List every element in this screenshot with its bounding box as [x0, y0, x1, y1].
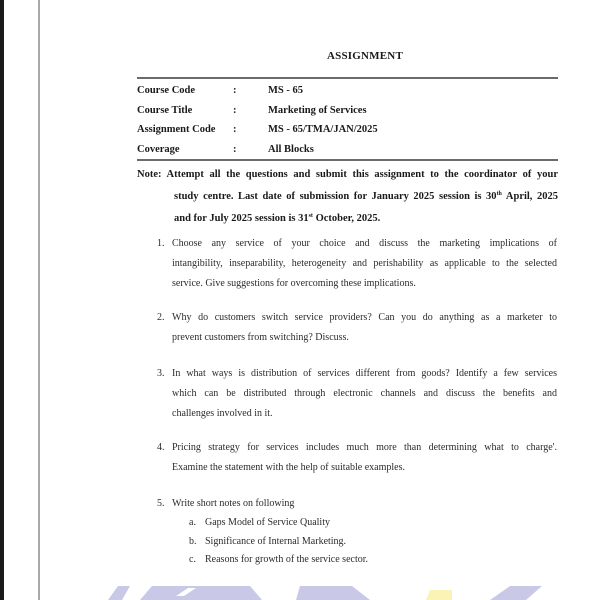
subitem-a: a. Gaps Model of Service Quality: [189, 514, 557, 533]
question-1: 1. Choose any service of your choice and…: [157, 234, 557, 294]
meta-label: Course Code: [137, 81, 195, 101]
meta-separator: :: [233, 140, 237, 160]
question-text: Why do customers switch service provider…: [172, 308, 557, 348]
meta-value: All Blocks: [268, 140, 314, 160]
subitem-c: c. Reasons for growth of the service sec…: [189, 551, 557, 570]
course-code-row: Course Code : MS - 65: [137, 81, 558, 101]
meta-label: Course Title: [137, 101, 192, 121]
question-number: 4.: [157, 438, 165, 458]
subitem-list: a. Gaps Model of Service Quality b. Sign…: [189, 514, 557, 570]
meta-value: Marketing of Services: [268, 101, 367, 121]
meta-label: Assignment Code: [137, 120, 215, 140]
note-line-1: Note: Attempt all the questions and subm…: [137, 164, 558, 186]
meta-label: Coverage: [137, 140, 180, 160]
question-4: 4. Pricing strategy for services include…: [157, 438, 557, 478]
question-5: 5. Write short notes on following a. Gap…: [157, 494, 557, 570]
question-number: 5.: [157, 494, 165, 514]
meta-value: MS - 65: [268, 81, 303, 101]
meta-separator: :: [233, 81, 237, 101]
question-text: Write short notes on following a. Gaps M…: [172, 494, 557, 570]
meta-separator: :: [233, 101, 237, 121]
watermark-logo: [0, 582, 600, 600]
page-margin-line: [38, 0, 40, 600]
question-number: 2.: [157, 308, 165, 328]
note-line-3: and for July 2025 session is 31st Octobe…: [137, 208, 558, 230]
page-title: ASSIGNMENT: [0, 50, 600, 62]
question-3: 3. In what ways is distribution of servi…: [157, 364, 557, 424]
submission-note: Note: Attempt all the questions and subm…: [137, 164, 558, 230]
subitem-b: b. Significance of Internal Marketing.: [189, 533, 557, 552]
question-number: 3.: [157, 364, 165, 384]
assignment-code-row: Assignment Code : MS - 65/TMA/JAN/2025: [137, 120, 558, 140]
question-text: Pricing strategy for services includes m…: [172, 438, 557, 478]
meta-value: MS - 65/TMA/JAN/2025: [268, 120, 378, 140]
question-number: 1.: [157, 234, 165, 254]
screen-edge: [0, 0, 4, 600]
course-info-table: Course Code : MS - 65 Course Title : Mar…: [137, 77, 558, 161]
question-2: 2. Why do customers switch service provi…: [157, 308, 557, 348]
course-title-row: Course Title : Marketing of Services: [137, 101, 558, 121]
meta-separator: :: [233, 120, 237, 140]
question-text: Choose any service of your choice and di…: [172, 234, 557, 294]
note-prefix: Note:: [137, 169, 162, 180]
question-text: In what ways is distribution of services…: [172, 364, 557, 424]
note-line-2: study centre. Last date of submission fo…: [137, 186, 558, 208]
coverage-row: Coverage : All Blocks: [137, 140, 558, 160]
